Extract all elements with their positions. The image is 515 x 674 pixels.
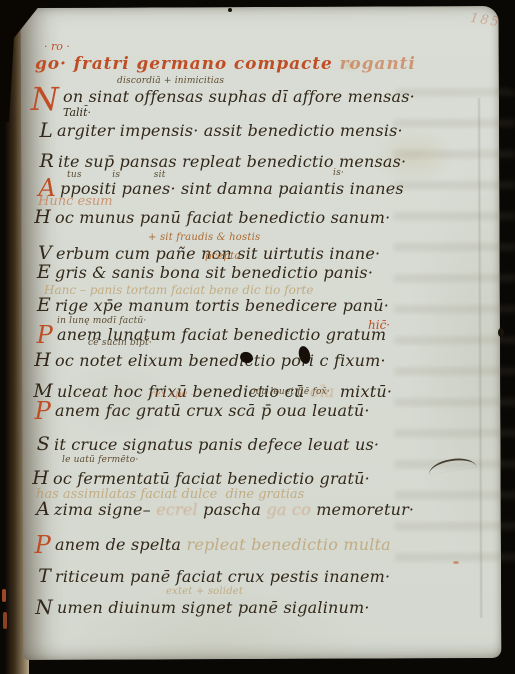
text-segment: hic̄· [368,318,390,332]
initial-capital: N [35,598,53,616]
initial-capital: P [35,535,51,557]
interlinear-gloss-leuatu: le uatū fermēto· [62,456,138,465]
interlinear-gloss-fraudis: + sit fraudis & hostis [148,233,260,243]
verse-line-1: Non sinat offensas suphas dī affore mens… [63,89,415,105]
initial-capital: N [31,85,59,114]
initial-capital: A [36,501,50,518]
verse-line-17: Triticeum panē faciat crux pestis inanem… [55,569,390,585]
text-segment: rige xp̄e manum tortis benedicere panū· [55,296,389,315]
text-segment: umen diuinum signet panē sigalinum· [57,598,370,617]
text-segment: is· [333,168,344,178]
initial-capital: T [38,568,51,585]
text-segment: oua leuet fiē fox̄· [250,387,330,397]
initial-capital: V [38,245,52,262]
text-segment: discordiā + inimicitias [117,76,224,86]
text-segment: go· fratri germano compacte [35,54,333,74]
interlinear-gloss-is: is· [333,169,344,178]
text-segment: cē sucin bipt̄· [88,338,152,348]
red-speck [453,561,459,564]
initial-capital: E [37,264,51,281]
initial-capital: P [35,401,51,423]
text-segment: repleat benedictio multa [186,535,390,554]
verse-line-12: Panem fac gratū crux scā p̄ oua leuatū· [55,403,370,419]
verse-line-14: Hoc fermentatū faciat benedictio gratū· [53,471,370,487]
text-segment: Talit̄· [63,106,91,119]
text-segment: oc munus panū faciat benedictio sanum· [55,208,390,227]
folio-number: 185 [469,11,502,31]
verse-line-13: Sit cruce signatus panis defece leuat us… [54,437,379,453]
ink-speck [228,8,232,12]
verse-line-10: Hoc notet elixum benedictio pori c fixum… [55,353,386,369]
initial-capital: R [39,153,54,170]
text-segment: Hanc – panis tortam faciat bene dic tio … [44,283,313,297]
text-segment: on sinat offensas suphas dī affore mensa… [63,87,415,106]
interlinear-gloss-hanc-panis: Hanc – panis tortam faciat bene dic tio … [44,284,313,296]
text-segment: p̄cepto [205,251,241,262]
interlinear-gloss-pcepto: p̄cepto [205,252,241,262]
initial-capital: E [37,297,51,314]
text-segment: oc fermentatū faciat benedictio gratū· [53,469,370,488]
verse-line-2: Largiter impensis· assit benedictio mens… [57,123,403,139]
manuscript-text-layer: 185 · ro ·go· fratri germano compacte ro… [0,0,515,674]
verse-line-16: Panem de spelta repleat benedictio multa [55,537,391,553]
text-segment: + sit fraudis & hostis [148,232,260,243]
initial-capital: H [32,470,49,487]
text-segment: rex xp̄e – [150,389,196,400]
verse-line-8: Erige xp̄e manum tortis benedicere panū· [55,298,389,314]
text-segment: extet + solidet [166,586,243,597]
interlinear-gloss-ce-sucin: cē sucin bipt̄· [88,339,152,348]
text-segment: anem fac gratū crux scā p̄ oua leuatū· [55,401,370,420]
initial-capital: H [34,352,51,369]
text-segment: oc notet elixum benedictio pori c fixum· [55,351,386,370]
text-segment: anem de spelta [55,535,186,554]
interlinear-gloss-rex-xpe: rex xp̄e – [150,390,196,400]
text-segment: mixtū· [340,382,392,401]
ink-speck [498,328,504,337]
text-segment: ecrel [156,500,203,519]
red-edge-mark [2,589,6,602]
rubric-heading: go· fratri germano compacte roganti [35,56,416,73]
verse-line-18: Numen diuinum signet panē sigalinum· [57,600,370,616]
verse-line-7: Egris & sanis bona sit benedictio panis· [55,265,373,281]
text-segment: memoretur· [316,500,414,519]
interlinear-gloss-extet: extet + solidet [166,587,243,597]
marginal-note-talit: Talit̄· [63,107,91,118]
marginal-mark-hic: hic̄· [368,319,390,331]
text-segment: gris & sanis bona sit benedictio panis· [55,263,373,282]
red-edge-mark [3,612,7,629]
initial-capital: P [37,325,53,347]
text-segment: le uatū fermēto· [62,455,138,465]
initial-capital: H [34,209,51,226]
verse-line-11: Mulceat hoc frixū benedictio cū oīa mixt… [57,384,392,400]
verse-line-5: Hoc munus panū faciat benedictio sanum· [55,210,390,226]
text-segment: ga co [266,500,316,519]
verse-line-3: Rite sup̄ pansas repleat benedictio mens… [58,154,406,170]
text-segment: roganti [333,54,416,74]
text-segment: riticeum panē faciat crux pestis inanem· [55,567,390,586]
initial-capital: S [37,436,50,453]
text-segment: zima signe– [54,500,156,519]
interlinear-gloss-discordia: discordiā + inimicitias [117,77,224,86]
text-segment: · ro · [44,40,70,53]
initial-capital: L [40,121,53,139]
red-annotation-ro: · ro · [44,41,70,52]
text-segment: it cruce signatus panis defece leuat us· [54,435,379,454]
text-segment: ite sup̄ pansas repleat benedictio mensa… [58,152,406,171]
text-segment: pascha [203,500,266,519]
text-segment: argiter impensis· assit benedictio mensi… [57,121,403,140]
interlinear-gloss-oua-leuet: oua leuet fiē fox̄· [250,388,330,397]
verse-line-15: Azima signe– ecrel pascha ga co memoretu… [54,502,414,518]
